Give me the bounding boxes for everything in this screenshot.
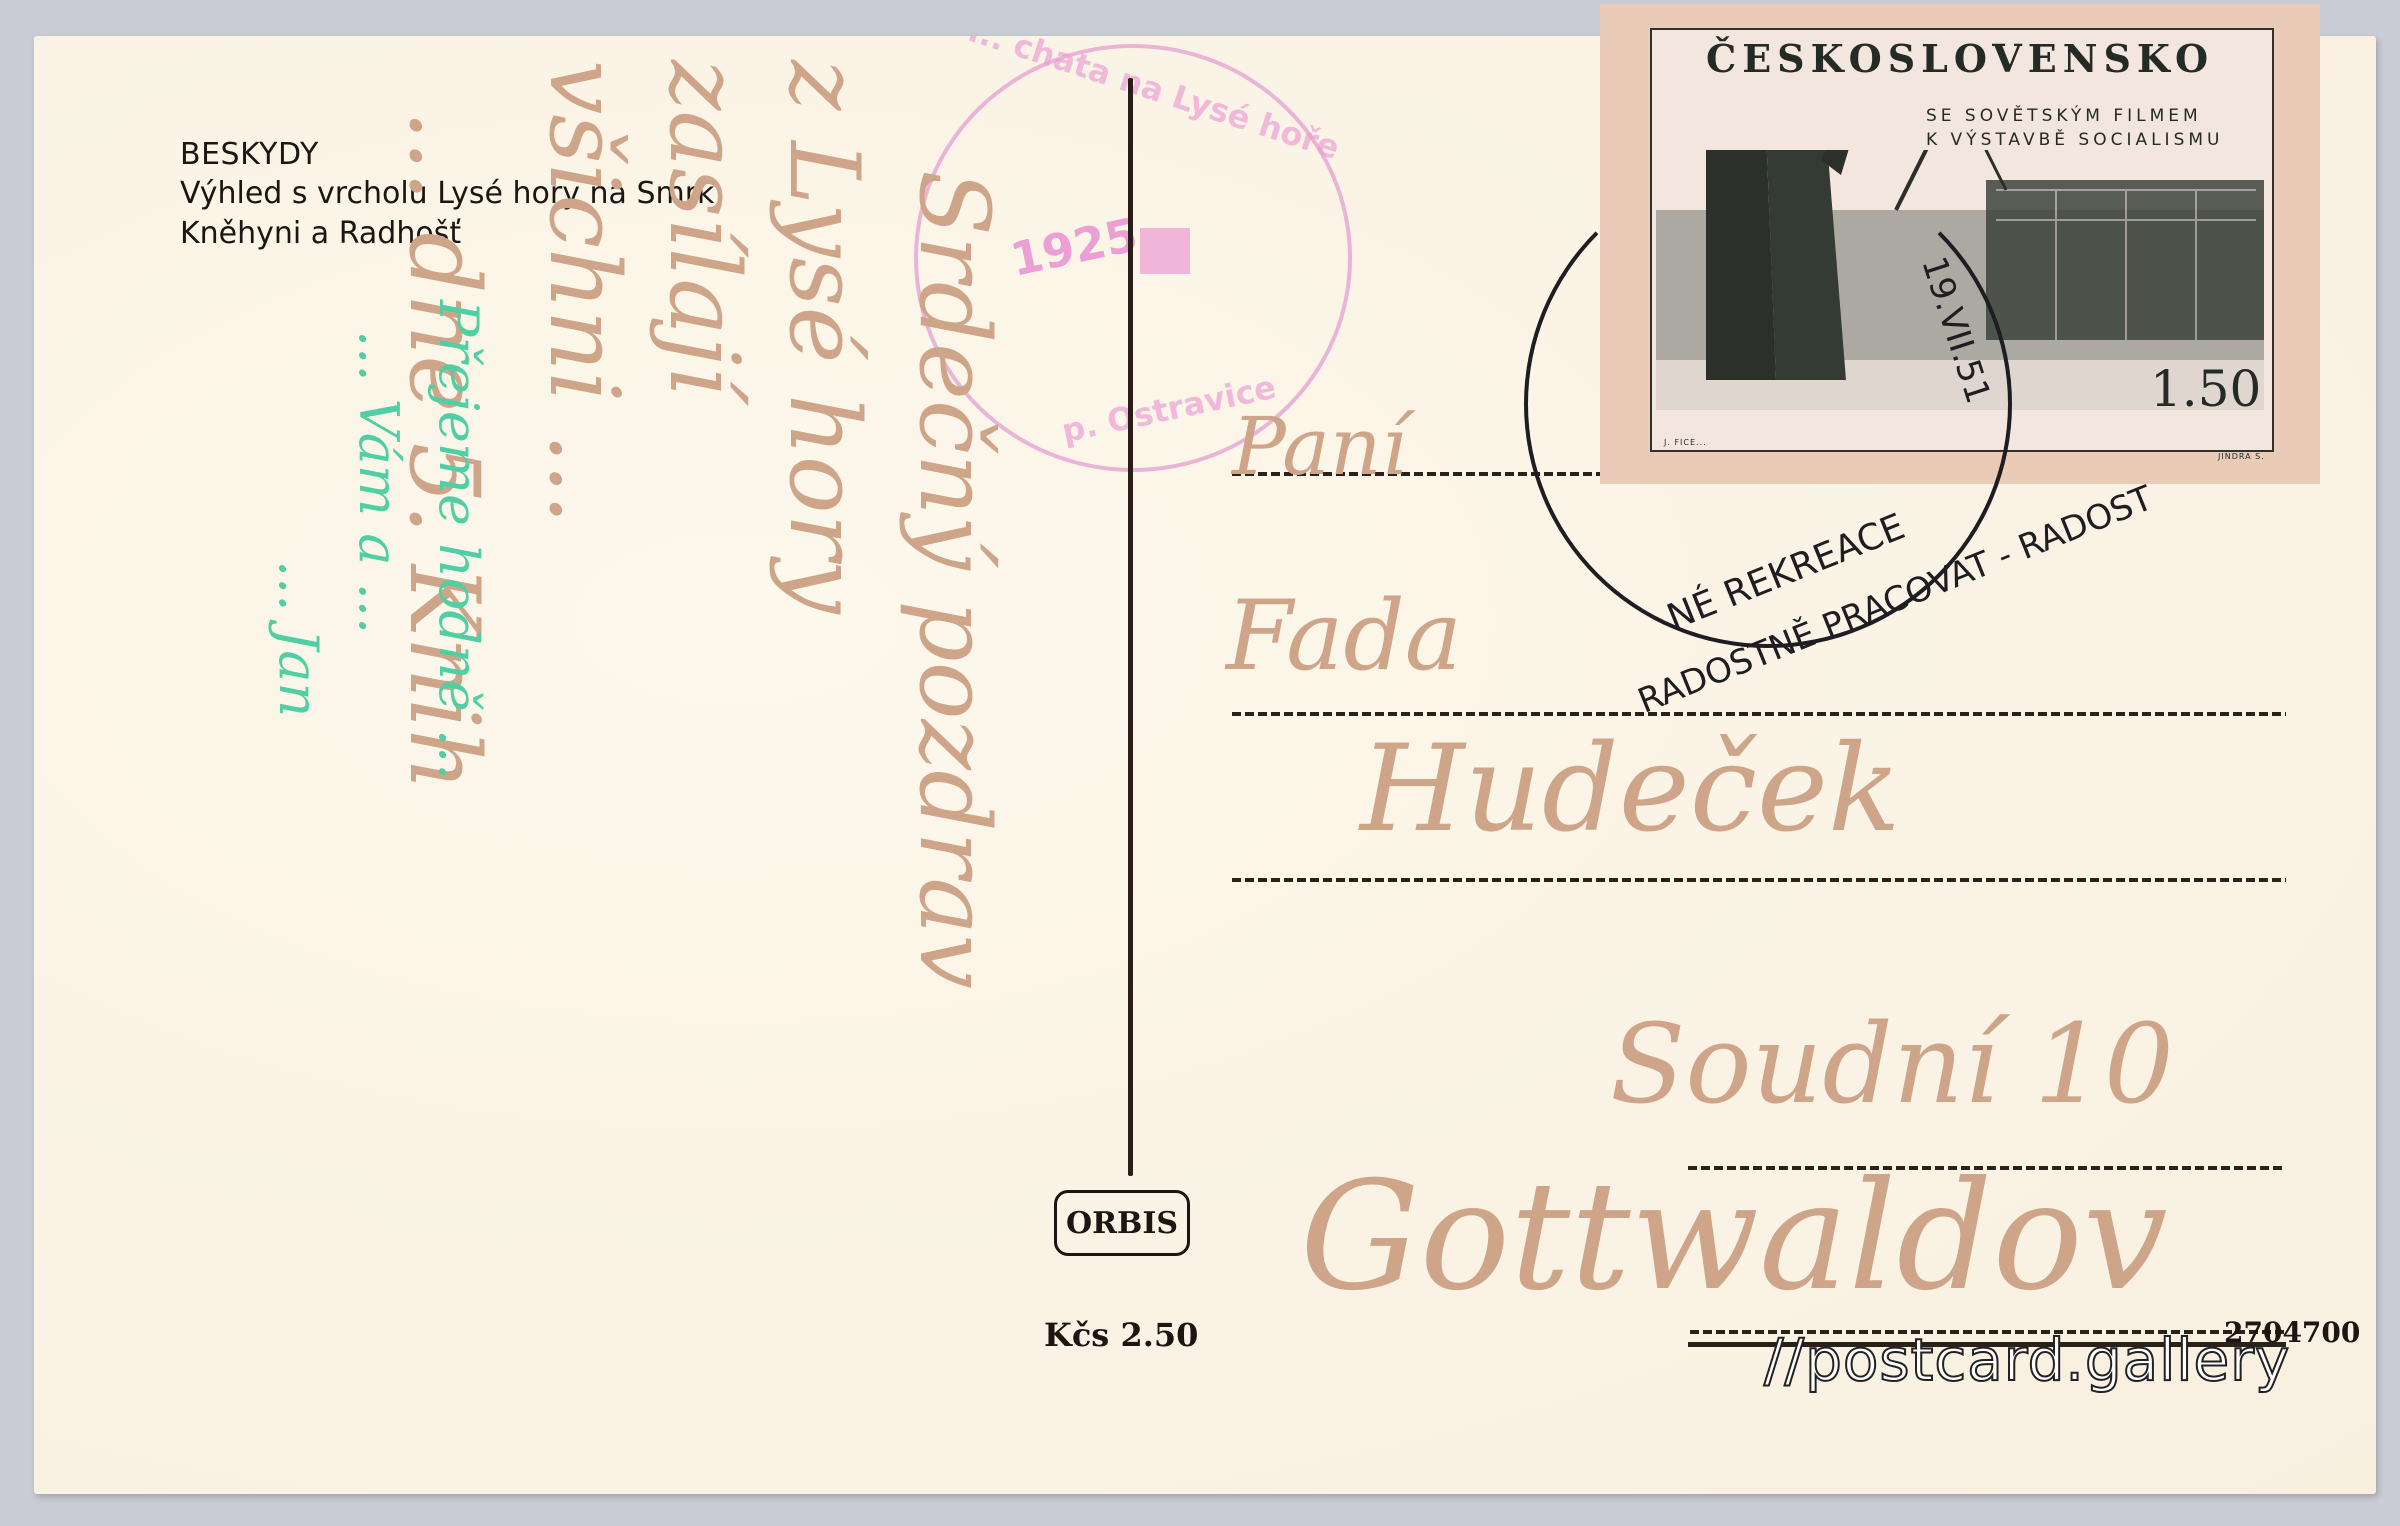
stamp-credit-right: JINDRA S. [2218,452,2265,461]
address-line-2 [1232,712,2286,716]
address-street: Soudní 10 [1610,1000,2174,1128]
message-column-3: zasílají [648,60,760,396]
stamp-subtitle-2: K VÝSTAVBĚ SOCIALISMU [1926,128,2223,152]
stamp-subtitle-1: SE SOVĚTSKÝM FILMEM [1926,104,2223,128]
address-line-3 [1232,878,2286,882]
stamp-subtitle: SE SOVĚTSKÝM FILMEM K VÝSTAVBĚ SOCIALISM… [1926,104,2223,152]
address-city: Gottwaldov [1300,1150,2168,1324]
message-column-4: všichni ... [528,60,640,524]
green-note-2: ... Vám a ... [347,330,410,634]
address-salutation: Paní [1232,400,1407,493]
address-surname: Hudeček [1360,720,1901,859]
postcard-price: Kčs 2.50 [1044,1316,1198,1354]
watermark: //postcard.gallery [1764,1326,2290,1394]
center-divider [1128,78,1133,1176]
stamp-value: 1.50 [2150,360,2261,418]
publisher-logo: ORBIS [1054,1190,1190,1256]
address-first-name: Fada [1226,580,1462,692]
green-note-1: Přejeme hodně ... [427,300,490,780]
green-note-3: ... Jan [267,560,330,717]
stamp-country: ČESKOSLOVENSKO [1660,36,2260,81]
message-column-2: z Lysé hory [768,60,880,614]
cachet-block [1140,228,1190,274]
message-column-1: Srdečný pozdrav [898,170,1010,989]
